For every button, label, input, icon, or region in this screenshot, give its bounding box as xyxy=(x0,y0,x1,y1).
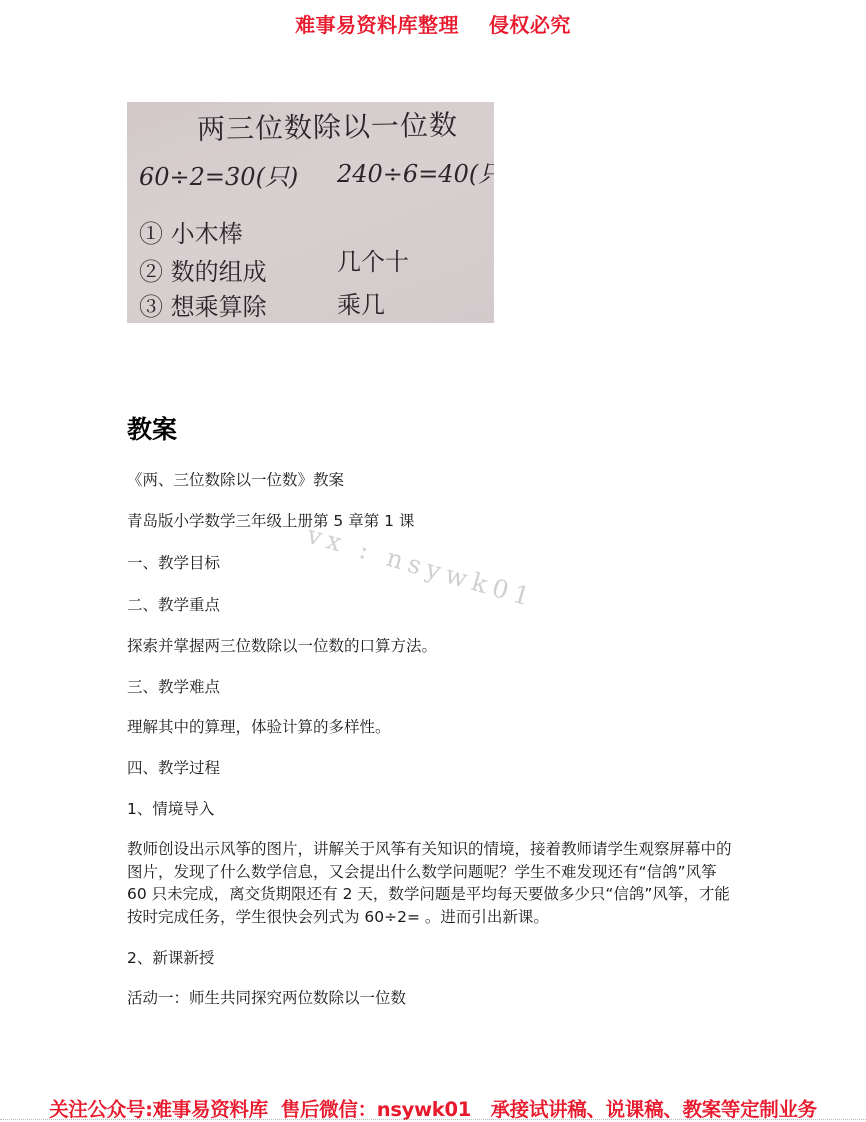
section-key-point-body: 探索并掌握两三位数除以一位数的口算方法。 xyxy=(127,635,437,658)
photo-method-3: ③ 想乘算除 xyxy=(139,287,267,322)
lesson-title: 《两、三位数除以一位数》教案 xyxy=(127,469,344,492)
photo-method-2-note: 几个十 xyxy=(337,242,409,277)
photo-title: 两三位数除以一位数 xyxy=(197,103,459,148)
photo-method-3-note: 乘几 xyxy=(337,285,385,320)
section-objective-title: 一、教学目标 xyxy=(127,552,220,575)
step-2-body: 活动一：师生共同探究两位数除以一位数 xyxy=(127,987,406,1010)
photo-equation-2: 240÷6=40(只) xyxy=(337,154,494,189)
header-banner: 难事易资料库整理 侵权必究 xyxy=(0,9,866,38)
section-difficulty-body: 理解其中的算理，体验计算的多样性。 xyxy=(127,716,391,739)
footer-banner: 关注公众号:难事易资料库 售后微信：nsywk01 承接试讲稿、说课稿、教案等定… xyxy=(0,1094,866,1122)
footer-divider xyxy=(0,1119,866,1120)
photo-equation-1: 60÷2=30(只) xyxy=(139,157,298,192)
photo-method-2: ② 数的组成 xyxy=(139,252,267,287)
watermark: vx : nsywk01 xyxy=(304,520,539,613)
step-2-title: 2、新课新授 xyxy=(127,947,214,970)
doc-heading: 教案 xyxy=(127,410,177,446)
section-process-title: 四、教学过程 xyxy=(127,757,220,780)
step-1-title: 1、情境导入 xyxy=(127,798,214,821)
section-difficulty-title: 三、教学难点 xyxy=(127,676,220,699)
photo-method-1: ① 小木棒 xyxy=(139,214,243,249)
step-1-body: 教师创设出示风筝的图片，讲解关于风筝有关知识的情境，接着教师请学生观察屏幕中的图… xyxy=(127,838,739,928)
section-key-point-title: 二、教学重点 xyxy=(127,594,220,617)
textbook-info: 青岛版小学数学三年级上册第 5 章第 1 课 xyxy=(127,510,414,533)
whiteboard-photo: 两三位数除以一位数 60÷2=30(只) 240÷6=40(只) ① 小木棒 ②… xyxy=(127,102,494,323)
